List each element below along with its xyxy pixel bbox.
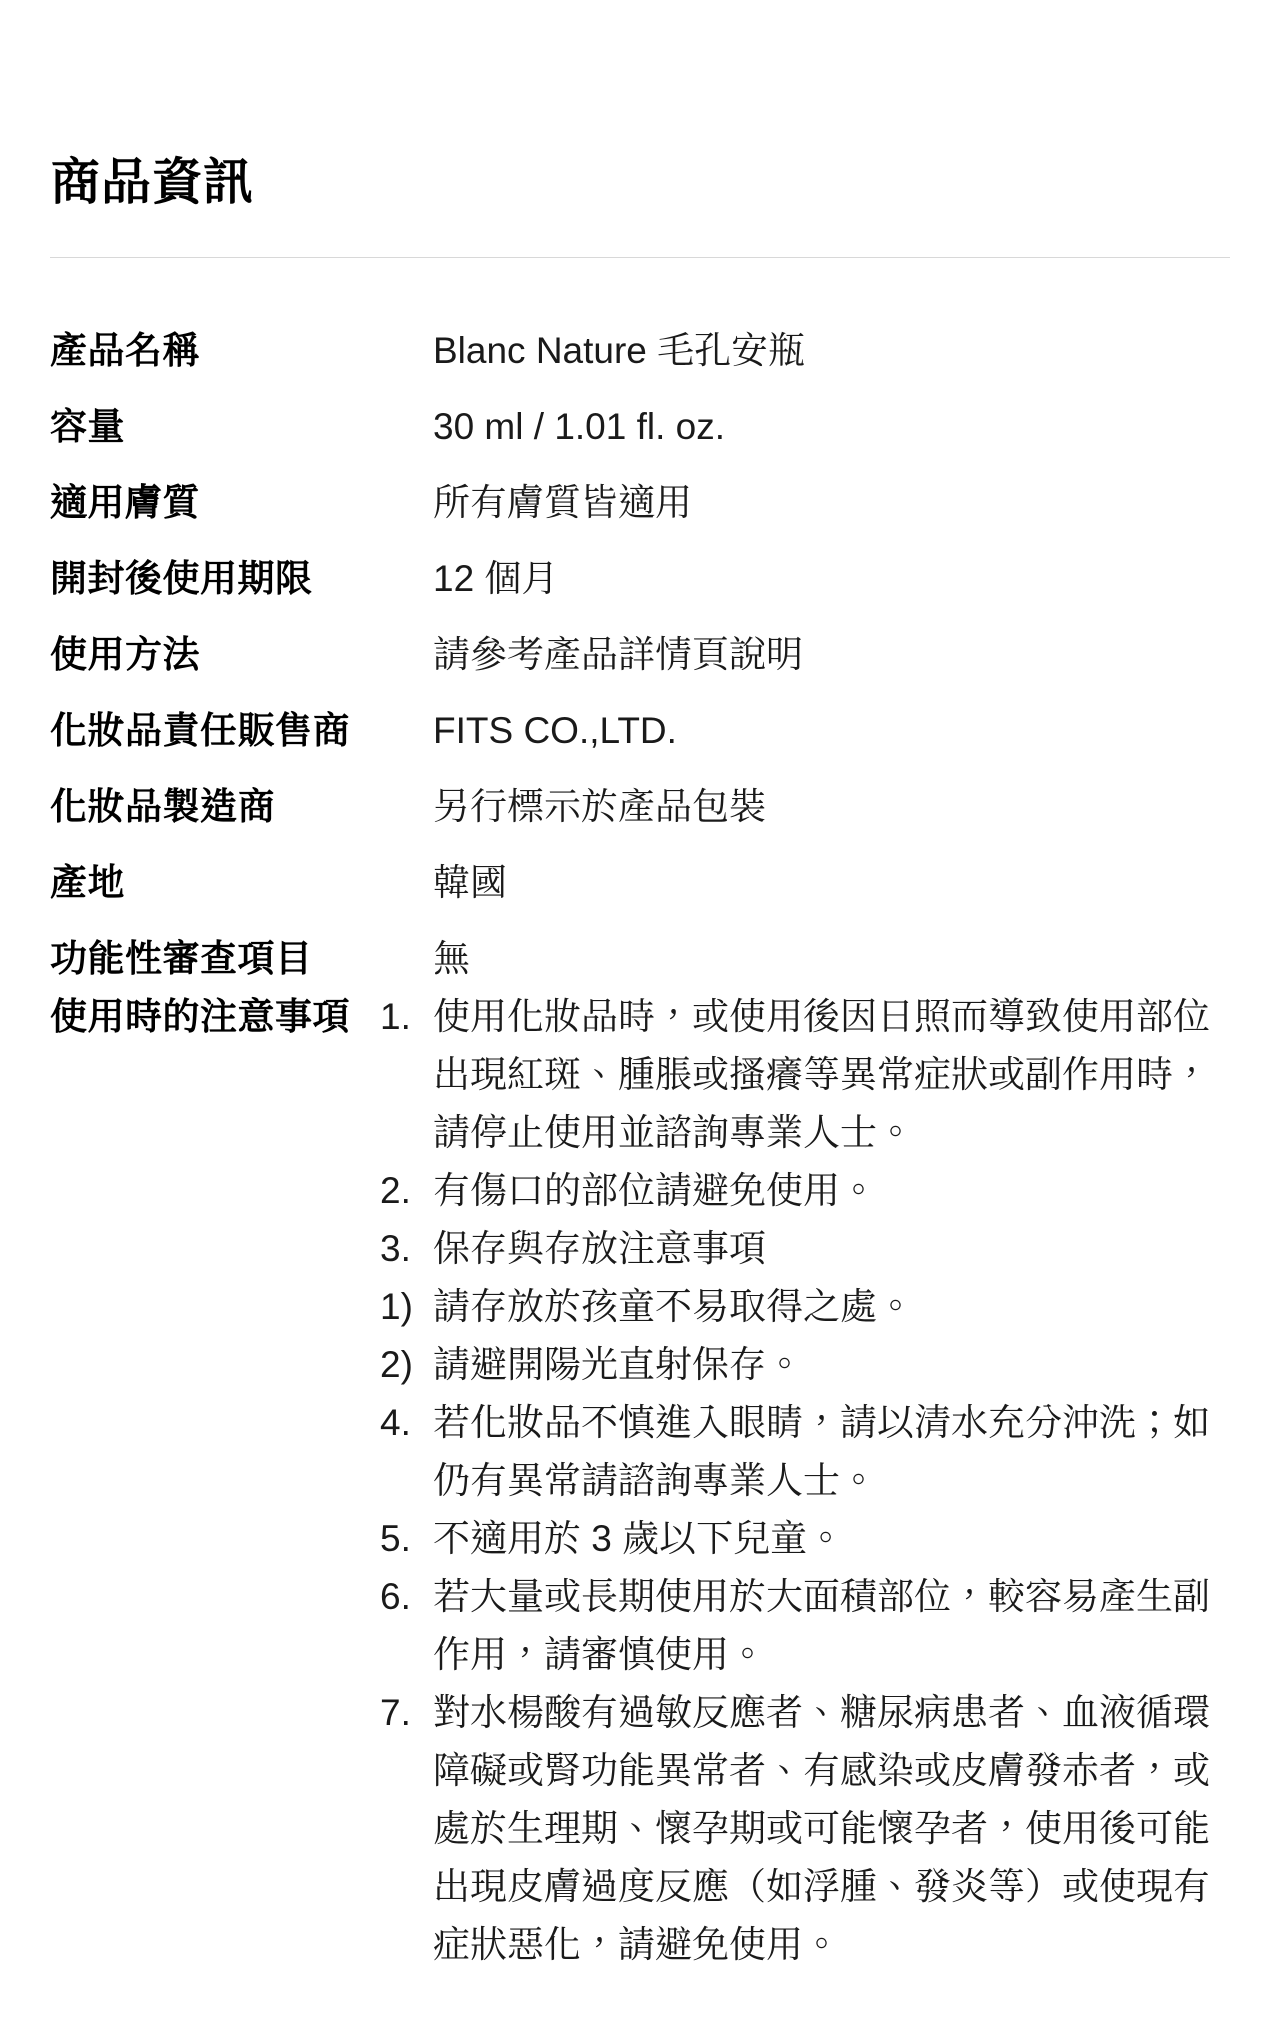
precaution-text: 保存與存放注意事項 bbox=[433, 1220, 1230, 1278]
info-label: 產品名稱 bbox=[50, 322, 380, 380]
precaution-text: 若大量或長期使用於大面積部位，較容易產生副作用，請審慎使用。 bbox=[433, 1568, 1230, 1684]
precaution-item: 1) 請存放於孩童不易取得之處。 bbox=[380, 1278, 1230, 1336]
precaution-text: 請避開陽光直射保存。 bbox=[433, 1336, 1230, 1394]
info-value: 請參考產品詳情頁說明 bbox=[380, 626, 1230, 684]
product-info-section: 商品資訊 產品名稱 Blanc Nature 毛孔安瓶 容量 30 ml / 1… bbox=[0, 0, 1280, 2022]
precaution-item: 6. 若大量或長期使用於大面積部位，較容易產生副作用，請審慎使用。 bbox=[380, 1568, 1230, 1684]
precaution-text: 請存放於孩童不易取得之處。 bbox=[433, 1278, 1230, 1336]
info-row: 化妝品製造商 另行標示於產品包裝 bbox=[50, 778, 1230, 836]
precaution-marker: 1. bbox=[380, 988, 433, 1046]
precaution-item: 3. 保存與存放注意事項 bbox=[380, 1220, 1230, 1278]
precaution-marker: 4. bbox=[380, 1394, 433, 1452]
precaution-item: 2. 有傷口的部位請避免使用。 bbox=[380, 1162, 1230, 1220]
info-label: 開封後使用期限 bbox=[50, 550, 380, 608]
precaution-text: 對水楊酸有過敏反應者、糖尿病患者、血液循環障礙或腎功能異常者、有感染或皮膚發赤者… bbox=[433, 1684, 1230, 1974]
precaution-text: 使用化妝品時，或使用後因日照而導致使用部位出現紅斑、腫脹或搔癢等異常症狀或副作用… bbox=[433, 988, 1230, 1162]
info-row: 化妝品責任販售商 FITS CO.,LTD. bbox=[50, 702, 1230, 760]
info-row: 功能性審查項目 無 bbox=[50, 930, 1230, 988]
info-value: 30 ml / 1.01 fl. oz. bbox=[380, 398, 1230, 456]
info-value: FITS CO.,LTD. bbox=[380, 702, 1230, 760]
section-divider bbox=[50, 257, 1230, 258]
info-row: 產品名稱 Blanc Nature 毛孔安瓶 bbox=[50, 322, 1230, 380]
info-value: 所有膚質皆適用 bbox=[380, 474, 1230, 532]
info-row: 適用膚質 所有膚質皆適用 bbox=[50, 474, 1230, 532]
info-row: 產地 韓國 bbox=[50, 854, 1230, 912]
info-row: 開封後使用期限 12 個月 bbox=[50, 550, 1230, 608]
precaution-text: 有傷口的部位請避免使用。 bbox=[433, 1162, 1230, 1220]
info-row: 使用方法 請參考產品詳情頁說明 bbox=[50, 626, 1230, 684]
info-label: 功能性審查項目 bbox=[50, 930, 380, 988]
info-label: 適用膚質 bbox=[50, 474, 380, 532]
precaution-item: 7. 對水楊酸有過敏反應者、糖尿病患者、血液循環障礙或腎功能異常者、有感染或皮膚… bbox=[380, 1684, 1230, 1974]
info-value: 韓國 bbox=[380, 854, 1230, 912]
precaution-marker: 6. bbox=[380, 1568, 433, 1626]
info-label: 容量 bbox=[50, 398, 380, 456]
precaution-text: 不適用於 3 歲以下兒童。 bbox=[433, 1510, 1230, 1568]
precaution-item: 5. 不適用於 3 歲以下兒童。 bbox=[380, 1510, 1230, 1568]
info-table: 產品名稱 Blanc Nature 毛孔安瓶 容量 30 ml / 1.01 f… bbox=[50, 322, 1230, 1974]
precaution-marker: 2) bbox=[380, 1336, 433, 1394]
page-title: 商品資訊 bbox=[50, 150, 1230, 214]
info-row-precautions: 使用時的注意事項 1. 使用化妝品時，或使用後因日照而導致使用部位出現紅斑、腫脹… bbox=[50, 988, 1230, 1974]
precaution-item: 4. 若化妝品不慎進入眼睛，請以清水充分沖洗；如仍有異常請諮詢專業人士。 bbox=[380, 1394, 1230, 1510]
precaution-marker: 5. bbox=[380, 1510, 433, 1568]
info-value: 另行標示於產品包裝 bbox=[380, 778, 1230, 836]
precaution-item: 1. 使用化妝品時，或使用後因日照而導致使用部位出現紅斑、腫脹或搔癢等異常症狀或… bbox=[380, 988, 1230, 1162]
info-rows: 產品名稱 Blanc Nature 毛孔安瓶 容量 30 ml / 1.01 f… bbox=[50, 322, 1230, 988]
precautions-list: 1. 使用化妝品時，或使用後因日照而導致使用部位出現紅斑、腫脹或搔癢等異常症狀或… bbox=[380, 988, 1230, 1974]
info-row: 容量 30 ml / 1.01 fl. oz. bbox=[50, 398, 1230, 456]
info-label: 使用方法 bbox=[50, 626, 380, 684]
precaution-item: 2) 請避開陽光直射保存。 bbox=[380, 1336, 1230, 1394]
precaution-text: 若化妝品不慎進入眼睛，請以清水充分沖洗；如仍有異常請諮詢專業人士。 bbox=[433, 1394, 1230, 1510]
precaution-marker: 7. bbox=[380, 1684, 433, 1742]
info-label: 化妝品責任販售商 bbox=[50, 702, 380, 760]
info-label: 產地 bbox=[50, 854, 380, 912]
info-value: 無 bbox=[380, 930, 1230, 988]
info-value: Blanc Nature 毛孔安瓶 bbox=[380, 322, 1230, 380]
info-value: 12 個月 bbox=[380, 550, 1230, 608]
info-label: 使用時的注意事項 bbox=[50, 988, 380, 1046]
precaution-marker: 1) bbox=[380, 1278, 433, 1336]
precaution-marker: 2. bbox=[380, 1162, 433, 1220]
precaution-marker: 3. bbox=[380, 1220, 433, 1278]
info-label: 化妝品製造商 bbox=[50, 778, 380, 836]
